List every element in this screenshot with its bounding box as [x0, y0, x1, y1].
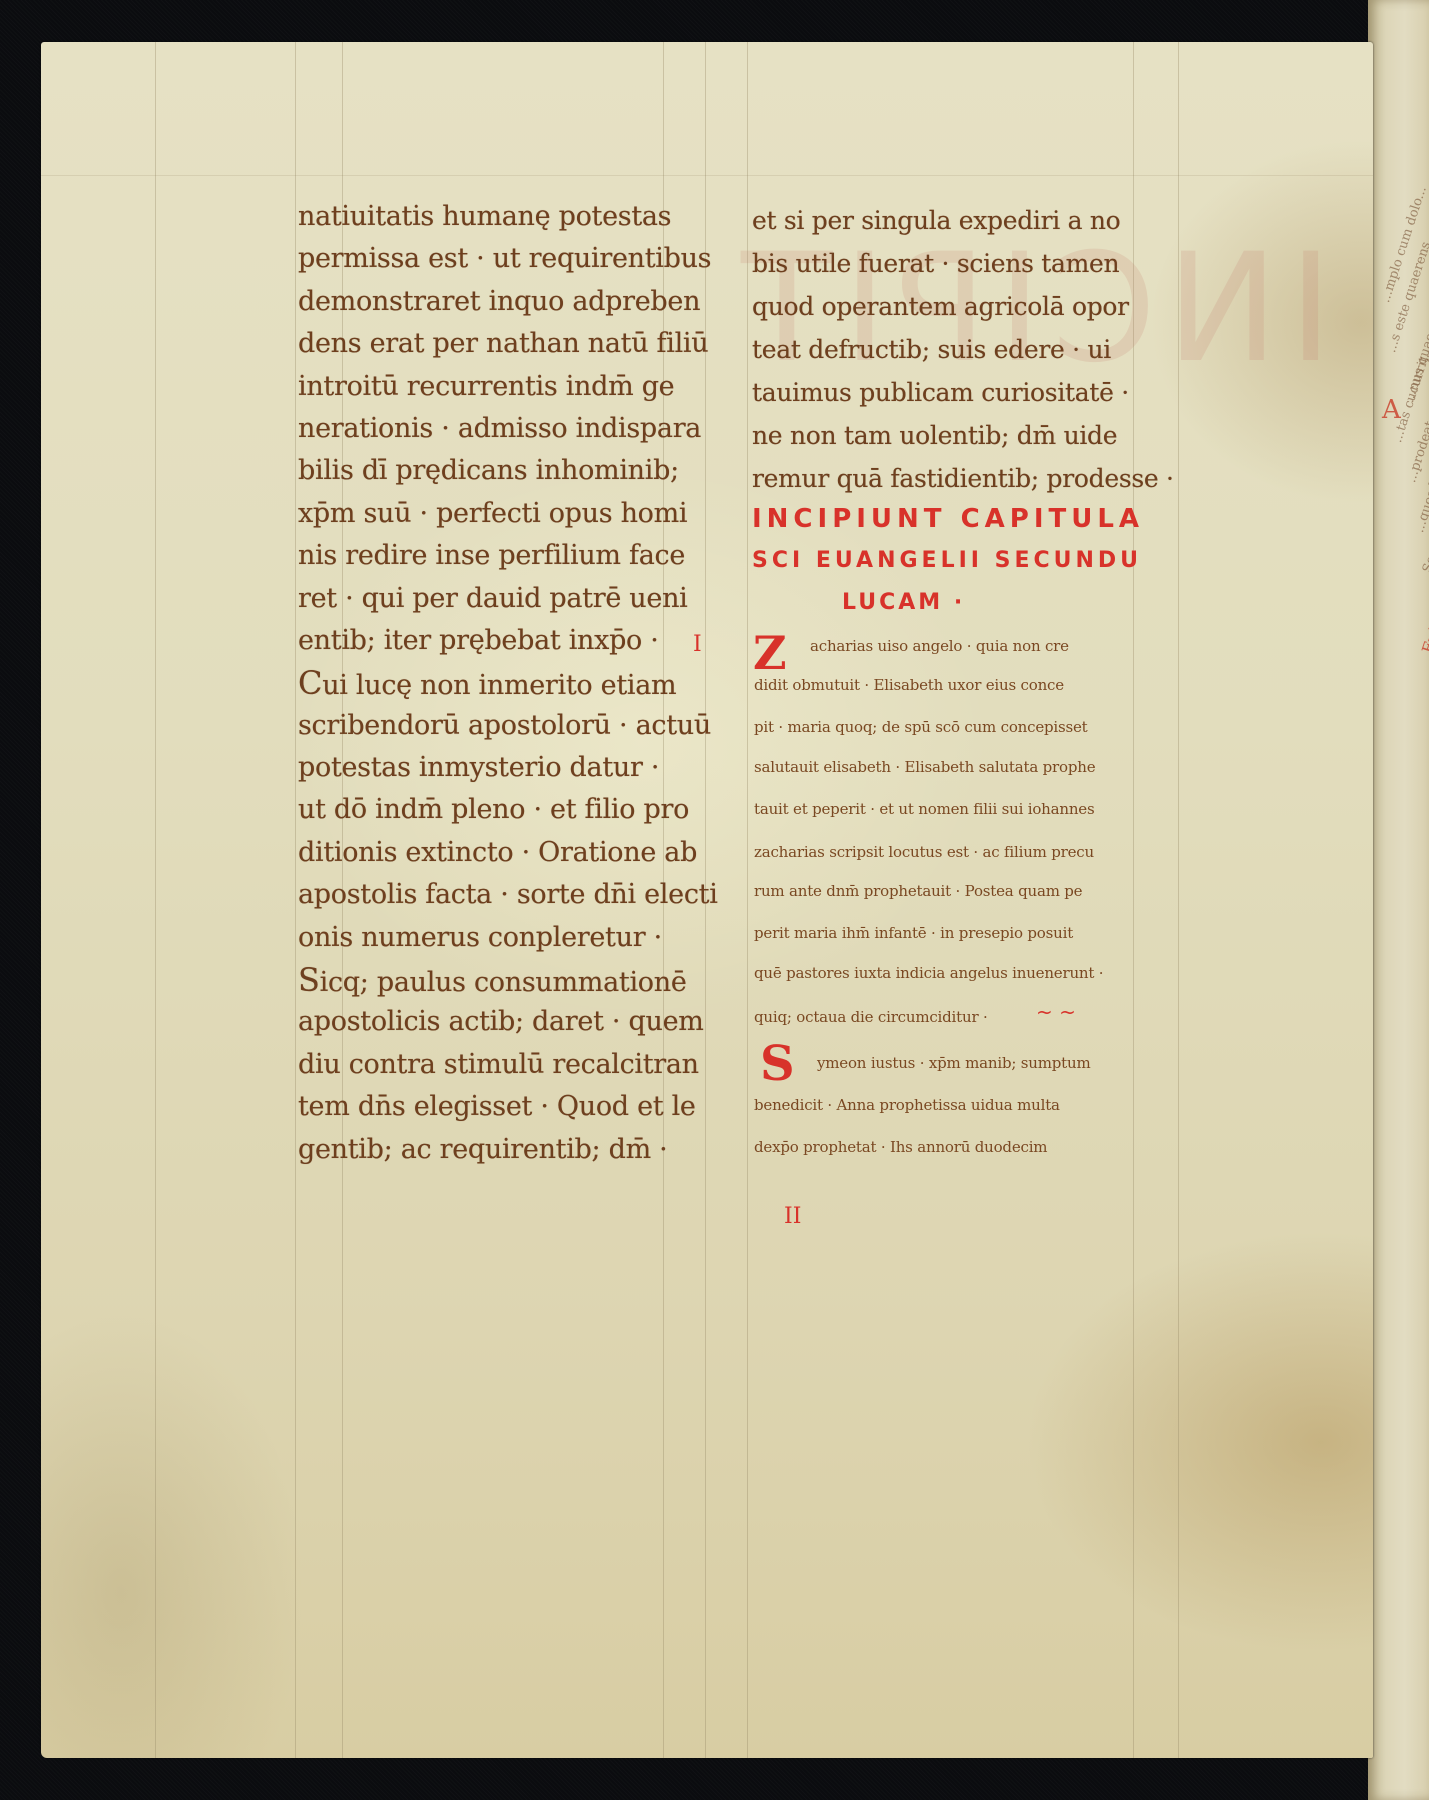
- text-line: teat defructib; suis edere · ui: [752, 329, 1132, 372]
- text-line: diu contra stimulū recalcitran: [298, 1044, 698, 1086]
- chapter-text-line: pit · maria quoq; de spū scō cum concepi…: [754, 718, 1088, 736]
- chapter-text-line: salutauit elisabeth · Elisabeth salutata…: [754, 758, 1095, 776]
- text-line: apostolis facta · sorte dn̄i electi: [298, 874, 698, 916]
- chapter-marker-ii: II: [784, 1204, 801, 1229]
- text-line: introitū recurrentis indm̄ ge: [298, 366, 698, 408]
- text-line: entib; iter prębebat inxp̄o ·: [298, 620, 698, 662]
- rubric-heading-line-1: INCIPIUNT CAPITULA: [752, 504, 1144, 534]
- chapter-text-line: ymeon iustus · xp̄m manib; sumptum: [817, 1054, 1090, 1072]
- text-line: tem dn̄s elegisset · Quod et le: [298, 1086, 698, 1128]
- text-line: apostolicis actib; daret · quem: [298, 1001, 698, 1043]
- rubric-heading-line-3: LUCAM ·: [842, 590, 965, 615]
- text-line: natiuitatis humanę potestas: [298, 196, 698, 238]
- rubric-heading-line-2: SCI EUANGELII SECUNDU: [752, 548, 1142, 573]
- decorated-initial-s: S: [760, 1036, 795, 1092]
- text-line: quod operantem agricolā opor: [752, 286, 1132, 329]
- red-end-mark: ~ ~: [1036, 1000, 1076, 1024]
- text-line: remur quā fastidientib; prodesse ·: [752, 458, 1132, 501]
- text-line: permissa est · ut requirentibus: [298, 238, 698, 280]
- chapter-text-line: benedicit · Anna prophetissa uidua multa: [754, 1096, 1060, 1114]
- text-line: nerationis · admisso indispara: [298, 408, 698, 450]
- chapter-text-line: quē pastores iuxta indicia angelus inuen…: [754, 964, 1103, 982]
- scan-background: ...mplo cum dolo... ...s este quaerens..…: [0, 0, 1429, 1800]
- text-line: xp̄m suū · perfecti opus homi: [298, 493, 698, 535]
- text-line: et si per singula expediri a no: [752, 200, 1132, 243]
- ruling-line: [41, 175, 1373, 176]
- text-line: scribendorū apostolorū · actuū: [298, 705, 698, 747]
- text-line: Cui lucę non inmerito etiam: [298, 662, 698, 704]
- chapter-text-line: acharias uiso angelo · quia non cre: [810, 637, 1069, 655]
- adjacent-folio: ...mplo cum dolo... ...s este quaerens..…: [1368, 0, 1429, 1800]
- ruling-line: [295, 42, 296, 1758]
- chapter-text-line: tauit et peperit · et ut nomen filii sui…: [754, 800, 1094, 818]
- chapter-marker-i: I: [693, 632, 702, 657]
- right-text-column: et si per singula expediri a no bis util…: [752, 200, 1132, 501]
- text-line: tauimus publicam curiositatē ·: [752, 372, 1132, 415]
- text-line: ne non tam uolentib; dm̄ uide: [752, 415, 1132, 458]
- text-line: nis redire inse perfilium face: [298, 535, 698, 577]
- text-line: onis numerus conpleretur ·: [298, 917, 698, 959]
- chapter-text-line: quiq; octaua die circumciditur ·: [754, 1008, 988, 1026]
- chapter-text-line: dexp̄o prophetat · Ihs annorū duodecim: [754, 1138, 1047, 1156]
- text-line: ut dō indm̄ pleno · et filio pro: [298, 789, 698, 831]
- ruling-line: [155, 42, 156, 1758]
- text-line: dens erat per nathan natū filiū: [298, 323, 698, 365]
- text-line: gentib; ac requirentib; dm̄ ·: [298, 1129, 698, 1171]
- chapter-text-line: zacharias scripsit locutus est · ac fili…: [754, 843, 1094, 861]
- text-line: ditionis extincto · Oratione ab: [298, 832, 698, 874]
- text-line: ret · qui per dauid patrē ueni: [298, 578, 698, 620]
- text-line: bis utile fuerat · sciens tamen: [752, 243, 1132, 286]
- chapter-text-line: rum ante dnm̄ prophetauit · Postea quam …: [754, 882, 1082, 900]
- decorated-initial-z: Z: [753, 626, 787, 680]
- text-line: potestas inmysterio datur ·: [298, 747, 698, 789]
- chapter-text-line: perit maria ihm̄ infantē · in presepio p…: [754, 924, 1073, 942]
- chapter-text-line: didit obmutuit · Elisabeth uxor eius con…: [754, 676, 1064, 694]
- text-line: demonstraret inquo adpreben: [298, 281, 698, 323]
- adjacent-folio-text: Fuit...: [1418, 604, 1429, 656]
- text-line: bilis dī prędicans inhominib;: [298, 450, 698, 492]
- text-line: Sicq; paulus consummationē: [298, 959, 698, 1001]
- left-text-column: natiuitatis humanę potestas permissa est…: [298, 196, 698, 1171]
